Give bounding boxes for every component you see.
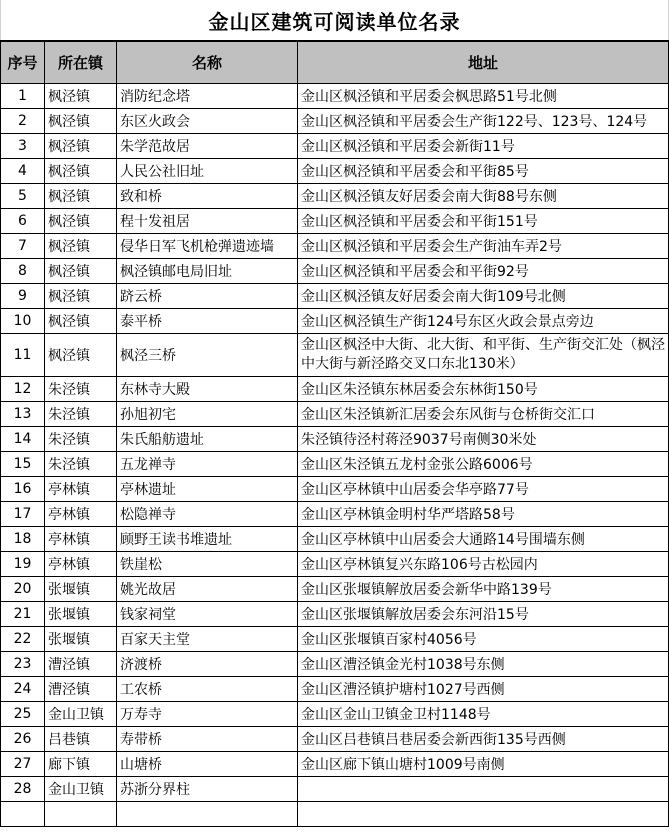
- cell-town[interactable]: 亭林镇: [45, 476, 117, 501]
- cell-town[interactable]: 亭林镇: [45, 551, 117, 576]
- spreadsheet: 金山区建筑可阅读单位名录 序号 所在镇 名称 地址 1枫泾镇消防纪念塔金山区枫泾…: [0, 0, 669, 827]
- cell-town[interactable]: 枫泾镇: [45, 108, 117, 133]
- table-row: 21张堰镇钱家祠堂金山区张堰镇解放居委会东河沿15号: [1, 601, 669, 626]
- cell-name[interactable]: 东区火政会: [117, 108, 298, 133]
- cell-address[interactable]: 金山区朱泾镇东林居委会东林街150号: [298, 376, 669, 401]
- cell-address[interactable]: 金山区枫泾镇和平居委会生产街122号、123号、124号: [298, 108, 669, 133]
- cell-index[interactable]: 14: [1, 426, 45, 451]
- cell-town[interactable]: 金山卫镇: [45, 701, 117, 726]
- cell-address[interactable]: 金山区张堰镇百家村4056号: [298, 626, 669, 651]
- cell-index[interactable]: 11: [1, 333, 45, 376]
- cell-name[interactable]: 铁崖松: [117, 551, 298, 576]
- table-row: 25金山卫镇万寿寺金山区金山卫镇金卫村1148号: [1, 701, 669, 726]
- cell-name[interactable]: 侵华日军飞机枪弹遗迹墙: [117, 233, 298, 258]
- cell-index[interactable]: 24: [1, 676, 45, 701]
- cell-town[interactable]: 亭林镇: [45, 526, 117, 551]
- cell-name[interactable]: [117, 801, 298, 826]
- cell-name[interactable]: 朱氏船舫遗址: [117, 426, 298, 451]
- cell-name[interactable]: 松隐禅寺: [117, 501, 298, 526]
- cell-name[interactable]: 人民公社旧址: [117, 158, 298, 183]
- cell-index[interactable]: 16: [1, 476, 45, 501]
- sheet-title: 金山区建筑可阅读单位名录: [0, 0, 669, 40]
- cell-index[interactable]: 28: [1, 776, 45, 801]
- cell-address[interactable]: 金山区张堰镇解放居委会东河沿15号: [298, 601, 669, 626]
- table-row: 13朱泾镇孙旭初宅金山区朱泾镇新汇居委会东风街与仓桥街交汇口: [1, 401, 669, 426]
- cell-name[interactable]: 寿带桥: [117, 726, 298, 751]
- table-row: 3枫泾镇朱学范故居金山区枫泾镇和平居委会新街11号: [1, 133, 669, 158]
- table-body: 1枫泾镇消防纪念塔金山区枫泾镇和平居委会枫思路51号北侧2枫泾镇东区火政会金山区…: [1, 83, 669, 826]
- cell-index[interactable]: 26: [1, 726, 45, 751]
- cell-town[interactable]: 枫泾镇: [45, 158, 117, 183]
- cell-index[interactable]: [1, 801, 45, 826]
- cell-index[interactable]: 15: [1, 451, 45, 476]
- cell-name[interactable]: 枫泾三桥: [117, 333, 298, 376]
- cell-name[interactable]: 孙旭初宅: [117, 401, 298, 426]
- cell-town[interactable]: 张堰镇: [45, 626, 117, 651]
- cell-index[interactable]: 13: [1, 401, 45, 426]
- cell-name[interactable]: 苏浙分界柱: [117, 776, 298, 801]
- cell-index[interactable]: 25: [1, 701, 45, 726]
- cell-index[interactable]: 18: [1, 526, 45, 551]
- cell-index[interactable]: 21: [1, 601, 45, 626]
- cell-town[interactable]: 朱泾镇: [45, 376, 117, 401]
- table-row: 19亭林镇铁崖松金山区亭林镇复兴东路106号古松园内: [1, 551, 669, 576]
- header-address[interactable]: 地址: [298, 41, 669, 83]
- table-row: 20张堰镇姚光故居金山区张堰镇解放居委会新华中路139号: [1, 576, 669, 601]
- cell-address[interactable]: 金山区枫泾镇和平居委会和平街92号: [298, 258, 669, 283]
- cell-address[interactable]: 金山区漕泾镇护塘村1027号西侧: [298, 676, 669, 701]
- cell-town[interactable]: 亭林镇: [45, 501, 117, 526]
- cell-town[interactable]: 漕泾镇: [45, 651, 117, 676]
- cell-town[interactable]: 朱泾镇: [45, 401, 117, 426]
- cell-address[interactable]: 金山区亭林镇中山居委会华亭路77号: [298, 476, 669, 501]
- cell-address[interactable]: 金山区金山卫镇金卫村1148号: [298, 701, 669, 726]
- cell-address[interactable]: 金山区枫泾镇生产街124号东区火政会景点旁边: [298, 308, 669, 333]
- cell-address[interactable]: 金山区亭林镇中山居委会大通路14号围墙东侧: [298, 526, 669, 551]
- cell-index[interactable]: 9: [1, 283, 45, 308]
- cell-name[interactable]: 程十发祖居: [117, 208, 298, 233]
- cell-name[interactable]: 钱家祠堂: [117, 601, 298, 626]
- cell-address[interactable]: 金山区枫泾镇和平居委会和平街151号: [298, 208, 669, 233]
- cell-name[interactable]: 亭林遗址: [117, 476, 298, 501]
- cell-index[interactable]: 3: [1, 133, 45, 158]
- cell-town[interactable]: 枫泾镇: [45, 133, 117, 158]
- table-row: 15朱泾镇五龙禅寺金山区朱泾镇五龙村金张公路6006号: [1, 451, 669, 476]
- cell-town[interactable]: 朱泾镇: [45, 426, 117, 451]
- table-row: 23漕泾镇济渡桥金山区漕泾镇金光村1038号东侧: [1, 651, 669, 676]
- table-row: 24漕泾镇工农桥金山区漕泾镇护塘村1027号西侧: [1, 676, 669, 701]
- table-row: 11枫泾镇枫泾三桥金山区枫泾中大街、北大街、和平街、生产街交汇处（枫泾中大街与新…: [1, 333, 669, 376]
- cell-address[interactable]: [298, 801, 669, 826]
- cell-town[interactable]: 金山卫镇: [45, 776, 117, 801]
- cell-index[interactable]: 22: [1, 626, 45, 651]
- cell-town[interactable]: 枫泾镇: [45, 308, 117, 333]
- table-row: 16亭林镇亭林遗址金山区亭林镇中山居委会华亭路77号: [1, 476, 669, 501]
- cell-town[interactable]: 枫泾镇: [45, 233, 117, 258]
- cell-address[interactable]: 金山区朱泾镇五龙村金张公路6006号: [298, 451, 669, 476]
- cell-town[interactable]: 廊下镇: [45, 751, 117, 776]
- cell-address[interactable]: 金山区枫泾镇友好居委会南大街88号东侧: [298, 183, 669, 208]
- cell-index[interactable]: 17: [1, 501, 45, 526]
- cell-town[interactable]: 枫泾镇: [45, 283, 117, 308]
- table-row: 4枫泾镇人民公社旧址金山区枫泾镇和平居委会和平街85号: [1, 158, 669, 183]
- cell-town[interactable]: 枫泾镇: [45, 258, 117, 283]
- cell-address[interactable]: 金山区朱泾镇新汇居委会东风街与仓桥街交汇口: [298, 401, 669, 426]
- cell-town[interactable]: 枫泾镇: [45, 83, 117, 108]
- cell-name[interactable]: 消防纪念塔: [117, 83, 298, 108]
- cell-address[interactable]: 金山区张堰镇解放居委会新华中路139号: [298, 576, 669, 601]
- cell-index[interactable]: 2: [1, 108, 45, 133]
- table-row: 14朱泾镇朱氏船舫遗址朱泾镇待泾村蒋泾9037号南侧30米处: [1, 426, 669, 451]
- cell-address[interactable]: 朱泾镇待泾村蒋泾9037号南侧30米处: [298, 426, 669, 451]
- cell-address[interactable]: 金山区漕泾镇金光村1038号东侧: [298, 651, 669, 676]
- table-row: 6枫泾镇程十发祖居金山区枫泾镇和平居委会和平街151号: [1, 208, 669, 233]
- table-row: 27廊下镇山塘桥金山区廊下镇山塘村1009号南侧: [1, 751, 669, 776]
- cell-address[interactable]: 金山区廊下镇山塘村1009号南侧: [298, 751, 669, 776]
- table-row: 9枫泾镇跻云桥金山区枫泾镇友好居委会南大街109号北侧: [1, 283, 669, 308]
- cell-town[interactable]: 张堰镇: [45, 576, 117, 601]
- cell-town[interactable]: 枫泾镇: [45, 208, 117, 233]
- header-row: 序号 所在镇 名称 地址: [1, 41, 669, 83]
- table-row: 17亭林镇松隐禅寺金山区亭林镇金明村华严塔路58号: [1, 501, 669, 526]
- cell-address[interactable]: 金山区枫泾镇和平居委会新街11号: [298, 133, 669, 158]
- table-row: 5枫泾镇致和桥金山区枫泾镇友好居委会南大街88号东侧: [1, 183, 669, 208]
- cell-index[interactable]: 27: [1, 751, 45, 776]
- cell-name[interactable]: 东林寺大殿: [117, 376, 298, 401]
- cell-name[interactable]: 朱学范故居: [117, 133, 298, 158]
- cell-name[interactable]: 万寿寺: [117, 701, 298, 726]
- cell-name[interactable]: 顾野王读书堆遗址: [117, 526, 298, 551]
- cell-address[interactable]: 金山区亭林镇复兴东路106号古松园内: [298, 551, 669, 576]
- cell-index[interactable]: 4: [1, 158, 45, 183]
- header-name[interactable]: 名称: [117, 41, 298, 83]
- cell-index[interactable]: 12: [1, 376, 45, 401]
- cell-name[interactable]: 枫泾镇邮电局旧址: [117, 258, 298, 283]
- table-row: 28金山卫镇苏浙分界柱: [1, 776, 669, 801]
- cell-address[interactable]: 金山区吕巷镇吕巷居委会新西街135号西侧: [298, 726, 669, 751]
- cell-name[interactable]: 致和桥: [117, 183, 298, 208]
- cell-name[interactable]: 工农桥: [117, 676, 298, 701]
- cell-address[interactable]: 金山区枫泾镇友好居委会南大街109号北侧: [298, 283, 669, 308]
- cell-town[interactable]: [45, 801, 117, 826]
- cell-index[interactable]: 5: [1, 183, 45, 208]
- cell-town[interactable]: 枫泾镇: [45, 183, 117, 208]
- cell-name[interactable]: 济渡桥: [117, 651, 298, 676]
- cell-index[interactable]: 20: [1, 576, 45, 601]
- table-row: 10枫泾镇泰平桥金山区枫泾镇生产街124号东区火政会景点旁边: [1, 308, 669, 333]
- cell-name[interactable]: 泰平桥: [117, 308, 298, 333]
- cell-address[interactable]: [298, 776, 669, 801]
- cell-index[interactable]: 1: [1, 83, 45, 108]
- cell-index[interactable]: 6: [1, 208, 45, 233]
- cell-name[interactable]: 姚光故居: [117, 576, 298, 601]
- cell-town[interactable]: 漕泾镇: [45, 676, 117, 701]
- table-row: 8枫泾镇枫泾镇邮电局旧址金山区枫泾镇和平居委会和平街92号: [1, 258, 669, 283]
- cell-index[interactable]: 23: [1, 651, 45, 676]
- cell-name[interactable]: 山塘桥: [117, 751, 298, 776]
- table-row: 22张堰镇百家天主堂金山区张堰镇百家村4056号: [1, 626, 669, 651]
- table-row: 7枫泾镇侵华日军飞机枪弹遗迹墙金山区枫泾镇和平居委会生产街油车弄2号: [1, 233, 669, 258]
- cell-town[interactable]: 枫泾镇: [45, 333, 117, 376]
- header-index[interactable]: 序号: [1, 41, 45, 83]
- cell-address[interactable]: 金山区亭林镇金明村华严塔路58号: [298, 501, 669, 526]
- cell-name[interactable]: 五龙禅寺: [117, 451, 298, 476]
- table-row: 1枫泾镇消防纪念塔金山区枫泾镇和平居委会枫思路51号北侧: [1, 83, 669, 108]
- table-row: 12朱泾镇东林寺大殿金山区朱泾镇东林居委会东林街150号: [1, 376, 669, 401]
- cell-town[interactable]: 吕巷镇: [45, 726, 117, 751]
- table-row: 26吕巷镇寿带桥金山区吕巷镇吕巷居委会新西街135号西侧: [1, 726, 669, 751]
- table-row: [1, 801, 669, 826]
- cell-address[interactable]: 金山区枫泾中大街、北大街、和平街、生产街交汇处（枫泾中大街与新泾路交叉口东北13…: [298, 333, 669, 376]
- table-row: 18亭林镇顾野王读书堆遗址金山区亭林镇中山居委会大通路14号围墙东侧: [1, 526, 669, 551]
- cell-address[interactable]: 金山区枫泾镇和平居委会生产街油车弄2号: [298, 233, 669, 258]
- cell-name[interactable]: 百家天主堂: [117, 626, 298, 651]
- cell-index[interactable]: 19: [1, 551, 45, 576]
- cell-index[interactable]: 10: [1, 308, 45, 333]
- cell-index[interactable]: 7: [1, 233, 45, 258]
- header-town[interactable]: 所在镇: [45, 41, 117, 83]
- cell-town[interactable]: 朱泾镇: [45, 451, 117, 476]
- cell-address[interactable]: 金山区枫泾镇和平居委会和平街85号: [298, 158, 669, 183]
- cell-town[interactable]: 张堰镇: [45, 601, 117, 626]
- cell-index[interactable]: 8: [1, 258, 45, 283]
- table-row: 2枫泾镇东区火政会金山区枫泾镇和平居委会生产街122号、123号、124号: [1, 108, 669, 133]
- cell-address[interactable]: 金山区枫泾镇和平居委会枫思路51号北侧: [298, 83, 669, 108]
- cell-name[interactable]: 跻云桥: [117, 283, 298, 308]
- directory-table: 序号 所在镇 名称 地址 1枫泾镇消防纪念塔金山区枫泾镇和平居委会枫思路51号北…: [0, 40, 669, 827]
